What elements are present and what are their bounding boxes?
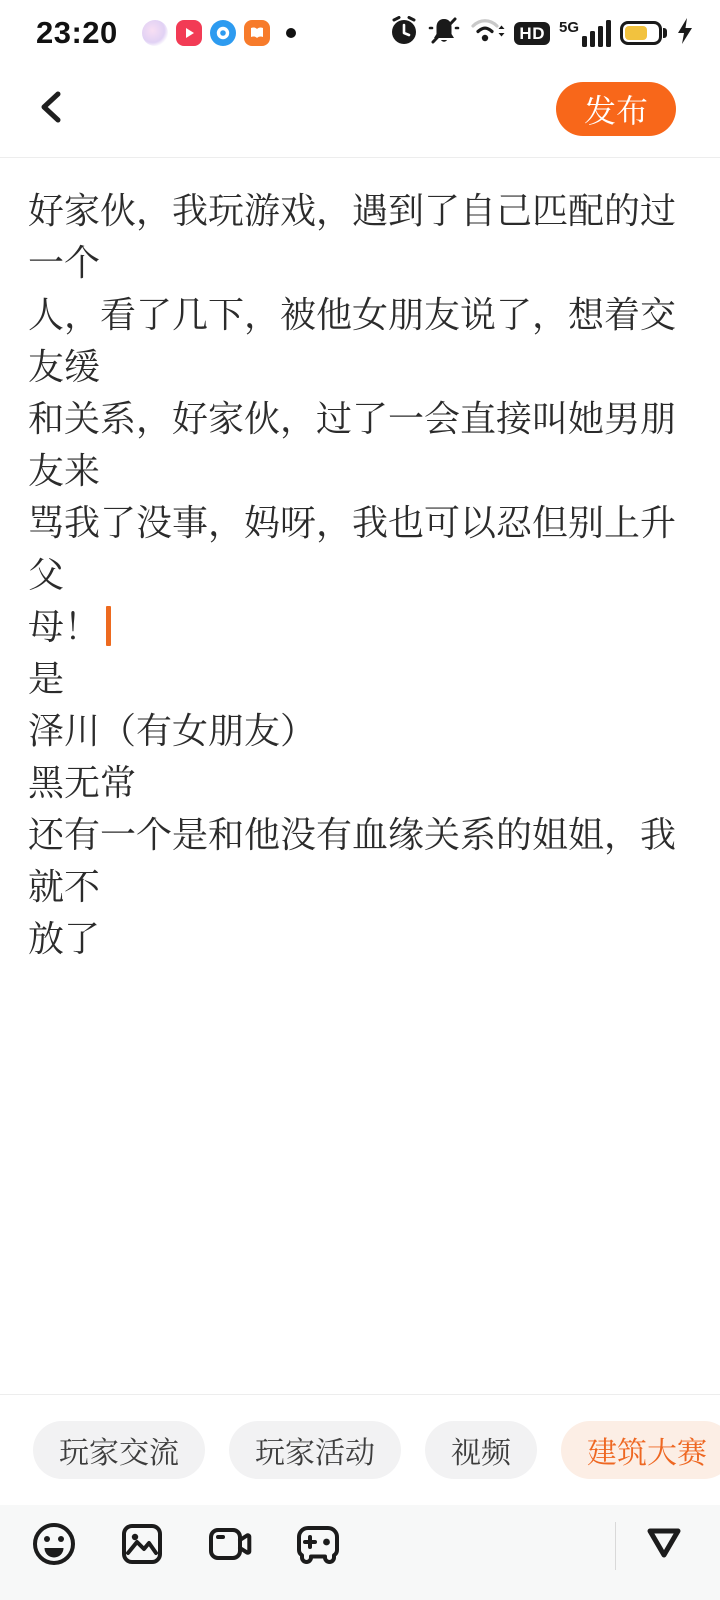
editor-text-line: 是: [28, 653, 692, 705]
text-cursor: [106, 606, 111, 646]
game-controller-icon: [294, 1520, 342, 1571]
editor-text-line: 好家伙，我玩游戏，遇到了自己匹配的过一个: [28, 185, 692, 289]
battery-icon: [620, 21, 667, 45]
insert-game-button[interactable]: [294, 1522, 342, 1570]
editor-text-line: 和关系，好家伙，过了一会直接叫她男朋友来: [28, 393, 692, 497]
notification-icons: [142, 20, 296, 46]
toolbar-right-group: [615, 1522, 686, 1570]
hd-icon: HD: [514, 22, 550, 45]
topic-tags-section: 玩家交流玩家活动视频建筑大赛: [0, 1394, 720, 1505]
emoji-button[interactable]: [30, 1522, 78, 1570]
editor-text-line: 人，看了几下，被他女朋友说了，想着交友缓: [28, 289, 692, 393]
editor-text-line: 黑无常: [28, 757, 692, 809]
signal-5g-label: 5G: [559, 20, 579, 35]
blur-notification-icon: [142, 20, 168, 46]
video-camera-icon: [206, 1520, 254, 1571]
insert-image-button[interactable]: [118, 1522, 166, 1570]
editor-text-line: 泽川（有女朋友）: [28, 705, 692, 757]
alarm-icon: [389, 16, 419, 51]
system-status-icons: HD 5G: [389, 16, 694, 51]
insert-video-button[interactable]: [206, 1522, 254, 1570]
image-icon: [118, 1520, 166, 1571]
notification-dot-icon: [286, 28, 296, 38]
signal-bars-icon: [582, 20, 611, 47]
ring-app-icon: [210, 20, 236, 46]
play-app-icon: [176, 20, 202, 46]
wifi-icon: [469, 16, 505, 51]
nav-bar: 发布: [0, 60, 720, 158]
status-bar: 23:20: [0, 0, 720, 60]
post-text-editor[interactable]: 好家伙，我玩游戏，遇到了自己匹配的过一个人，看了几下，被他女朋友说了，想着交友缓…: [0, 159, 720, 1394]
book-app-icon: [244, 20, 270, 46]
back-button[interactable]: [28, 86, 74, 132]
battery-level: [625, 26, 647, 40]
vibrate-muted-icon: [428, 16, 460, 51]
editor-text-line: 还有一个是和他没有血缘关系的姐姐，我就不: [28, 809, 692, 913]
clock-time: 23:20: [36, 15, 118, 51]
chevron-left-icon: [34, 87, 68, 130]
editor-text-line: 母！: [28, 601, 692, 653]
editor-text-line: 放了: [28, 913, 692, 965]
topic-tag-chip[interactable]: 玩家活动: [229, 1421, 401, 1479]
topic-tag-chip[interactable]: 视频: [425, 1421, 537, 1479]
composer-toolbar: [0, 1505, 720, 1600]
publish-button[interactable]: 发布: [556, 82, 676, 136]
topic-tag-chip[interactable]: 玩家交流: [33, 1421, 205, 1479]
topic-tags-row: 玩家交流玩家活动视频建筑大赛: [0, 1395, 720, 1479]
collapse-keyboard-button[interactable]: [642, 1522, 686, 1570]
topic-tag-chip[interactable]: 建筑大赛: [561, 1421, 720, 1479]
editor-text-line: 骂我了没事，妈呀，我也可以忍但别上升父: [28, 497, 692, 601]
emoji-icon: [30, 1520, 78, 1571]
toolbar-divider: [615, 1522, 616, 1570]
charging-bolt-icon: [676, 17, 694, 50]
triangle-down-icon: [642, 1525, 686, 1566]
signal-5g-icon: 5G: [559, 20, 611, 47]
